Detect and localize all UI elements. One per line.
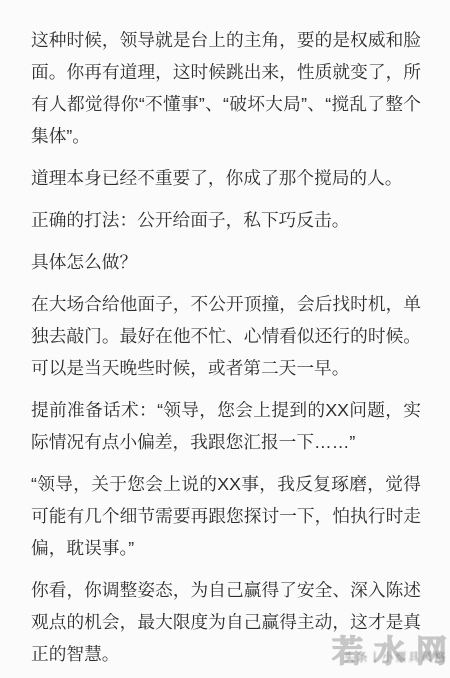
paragraph-5: 在大场合给他面子，不公开顶撞，会后找时机，单独去敲门。最好在他不忙、心情看似还行…: [31, 288, 421, 384]
paragraph-1: 这种时候，领导就是台上的主角，要的是权威和脸面。你再有道理，这时候跳出来，性质就…: [31, 24, 421, 152]
paragraph-4: 具体怎么做？: [31, 246, 421, 278]
paragraph-8: 你看，你调整姿态，为自己赢得了安全、深入陈述观点的机会，最大限度为自己赢得主动，…: [31, 574, 421, 670]
article-page: 这种时候，领导就是台上的主角，要的是权威和脸面。你再有道理，这时候跳出来，性质就…: [0, 0, 450, 678]
paragraph-2: 道理本身已经不重要了，你成了那个搅局的人。: [31, 162, 421, 194]
article-body: 这种时候，领导就是台上的主角，要的是权威和脸面。你再有道理，这时候跳出来，性质就…: [0, 0, 450, 670]
paragraph-3: 正确的打法：公开给面子，私下巧反击。: [31, 204, 421, 236]
paragraph-6: 提前准备话术：“领导，您会上提到的XX问题，实际情况有点小偏差，我跟您汇报一下……: [31, 394, 421, 458]
paragraph-7: “领导，关于您会上说的XX事，我反复琢磨，觉得可能有几个细节需要再跟您探讨一下，…: [31, 468, 421, 564]
